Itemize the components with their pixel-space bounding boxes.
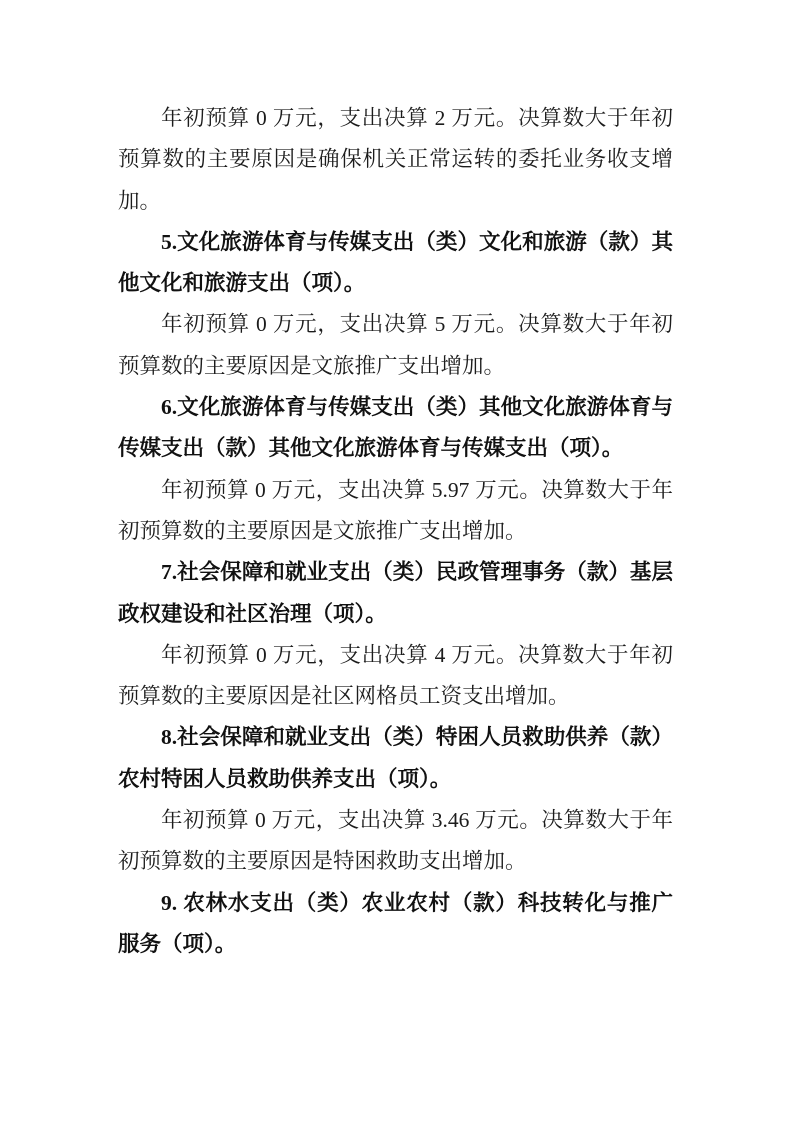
expense-item-heading-9: 9. 农林水支出（类）农业农村（款）科技转化与推广服务（项）。 bbox=[118, 883, 673, 966]
budget-note-paragraph: 年初预算 0 万元，支出决算 2 万元。决算数大于年初预算数的主要原因是确保机关… bbox=[118, 98, 673, 222]
expense-item-heading-8: 8.社会保障和就业支出（类）特困人员救助供养（款）农村特困人员救助供养支出（项）… bbox=[118, 717, 673, 800]
expense-item-heading-7: 7.社会保障和就业支出（类）民政管理事务（款）基层政权建设和社区治理（项）。 bbox=[118, 552, 673, 635]
document-page: 年初预算 0 万元，支出决算 2 万元。决算数大于年初预算数的主要原因是确保机关… bbox=[0, 0, 792, 1121]
page-content: 年初预算 0 万元，支出决算 2 万元。决算数大于年初预算数的主要原因是确保机关… bbox=[0, 0, 792, 965]
budget-note-paragraph: 年初预算 0 万元，支出决算 3.46 万元。决算数大于年初预算数的主要原因是特… bbox=[118, 800, 673, 883]
budget-note-paragraph: 年初预算 0 万元，支出决算 5.97 万元。决算数大于年初预算数的主要原因是文… bbox=[118, 470, 673, 553]
budget-note-paragraph: 年初预算 0 万元，支出决算 5 万元。决算数大于年初预算数的主要原因是文旅推广… bbox=[118, 304, 673, 387]
expense-item-heading-6: 6.文化旅游体育与传媒支出（类）其他文化旅游体育与传媒支出（款）其他文化旅游体育… bbox=[118, 387, 673, 470]
expense-item-heading-5: 5.文化旅游体育与传媒支出（类）文化和旅游（款）其他文化和旅游支出（项）。 bbox=[118, 222, 673, 305]
budget-note-paragraph: 年初预算 0 万元，支出决算 4 万元。决算数大于年初预算数的主要原因是社区网格… bbox=[118, 635, 673, 718]
